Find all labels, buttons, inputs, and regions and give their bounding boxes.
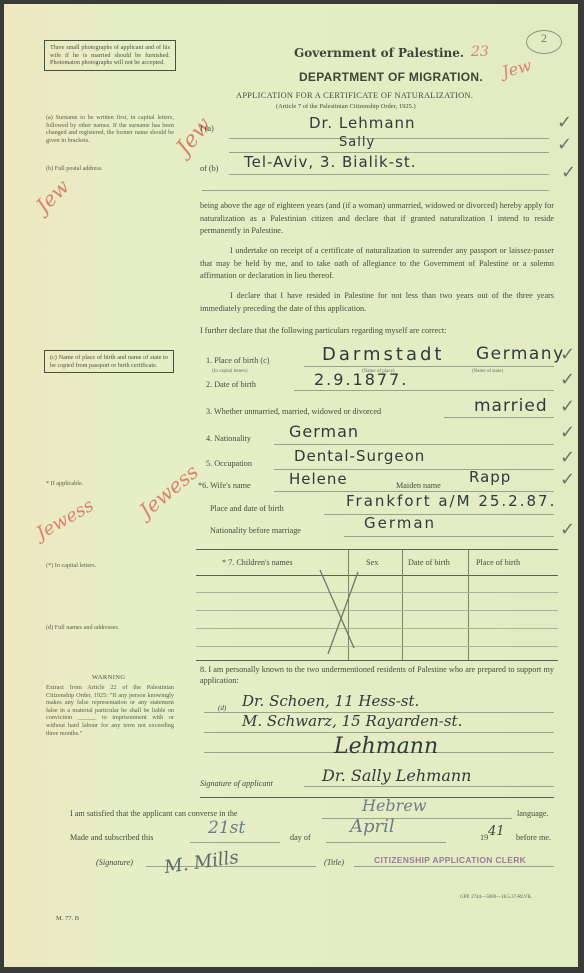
form-code: M. 77. B: [56, 915, 79, 922]
department-heading: DEPARTMENT OF MIGRATION.: [4, 70, 578, 84]
warning-text: Extract from Article 22 of the Palestini…: [46, 684, 174, 737]
wife-nationality-line: [344, 536, 554, 537]
red-annotation-jewess-2: Jewess: [33, 495, 98, 544]
surname-line: [229, 138, 549, 139]
nationality-field[interactable]: German: [289, 422, 359, 441]
check-mark-icon: ✓: [561, 162, 576, 183]
col-date-of-birth: Date of birth: [408, 558, 450, 567]
month-line: [326, 842, 446, 843]
title-label: (Title): [324, 858, 344, 867]
month-field[interactable]: April: [350, 816, 395, 837]
label-signature-applicant: Signature of applicant: [200, 779, 273, 788]
label-maiden-name: Maiden name: [396, 481, 441, 490]
check-mark-icon: ✓: [560, 396, 575, 417]
declaration-residence: I declare that I have resided in Palesti…: [200, 290, 554, 315]
check-mark-icon: ✓: [560, 344, 575, 365]
reference-2-line: [204, 732, 554, 733]
reference-1-field[interactable]: Dr. Schoen, 11 Hess-st.: [242, 692, 419, 710]
day-field[interactable]: 21st: [208, 818, 245, 838]
government-heading: Government of Palestine.: [294, 46, 464, 60]
year-prefix: 19: [480, 833, 488, 842]
state-of-birth-field[interactable]: Germany: [476, 344, 565, 364]
margin-note-capital-letters: (*) In capital letters.: [46, 562, 174, 570]
address-line: [229, 174, 549, 175]
day-line: [190, 842, 280, 843]
wife-name-field[interactable]: Helene: [289, 470, 348, 488]
made-prefix: Made and subscribed this: [70, 833, 153, 842]
place-of-birth-field[interactable]: Darmstadt: [322, 344, 444, 365]
address-line-2: [202, 190, 549, 191]
year-field[interactable]: 41: [488, 824, 505, 839]
given-name-field[interactable]: Sally: [339, 135, 375, 150]
check-mark-icon: ✓: [560, 447, 575, 468]
caption-name-of-state: (Name of state): [472, 369, 503, 374]
margin-note-a: (a) Surname to be written first, in capi…: [46, 114, 174, 144]
maiden-name-field[interactable]: Rapp: [469, 468, 511, 486]
cross-out-mark-icon: [314, 568, 364, 658]
caption-in-capital: (In capital letters): [212, 369, 248, 374]
check-mark-icon: ✓: [557, 134, 572, 155]
label-wife-nationality: Nationality before marriage: [210, 526, 301, 535]
warning-title: WARNING: [92, 674, 126, 681]
wife-nationality-field[interactable]: German: [364, 514, 436, 532]
photo-instructions-box: Three small photographs of applicant and…: [44, 40, 176, 71]
marital-status-field[interactable]: married: [474, 396, 548, 416]
check-mark-icon: ✓: [560, 469, 575, 490]
applicant-signature-field[interactable]: Dr. Sally Lehmann: [322, 766, 471, 785]
margin-note-c-box: (c) Name of place of birth and name of s…: [44, 350, 174, 373]
language-field[interactable]: Hebrew: [362, 796, 426, 815]
converse-suffix: language.: [517, 809, 549, 818]
children-table: * 7. Children's names Sex Date of birth …: [196, 549, 558, 661]
label-wife-name: *6. Wife's name: [198, 481, 251, 490]
annotation-circled: 2: [526, 30, 562, 54]
col-place-of-birth: Place of birth: [476, 558, 520, 567]
margin-note-d: (d) Full names and addresses.: [46, 624, 174, 632]
surname-field[interactable]: Dr. Lehmann: [309, 114, 416, 132]
day-of-label: day of: [290, 833, 311, 842]
label-occupation: 5. Occupation: [206, 459, 252, 468]
declaration-particulars: I further declare that the following par…: [200, 325, 554, 338]
label-i-a: I (a): [200, 124, 214, 133]
applicant-signature-upper: Lehmann: [334, 734, 438, 759]
marital-line: [444, 417, 554, 418]
wife-birth-line: [324, 514, 554, 515]
form-subtitle: (Article 7 of the Palestinian Citizenshi…: [276, 103, 416, 110]
official-signature-field[interactable]: M. Mills: [163, 847, 240, 878]
nationality-line: [274, 444, 554, 445]
converse-prefix: I am satisfied that the applicant can co…: [70, 809, 238, 818]
col-children-names: * 7. Children's names: [222, 558, 293, 567]
form-title: APPLICATION FOR A CERTIFICATE OF NATURAL…: [236, 91, 473, 100]
title-stamp: CITIZENSHIP APPLICATION CLERK: [374, 855, 526, 865]
red-annotation-jewess-1: Jewess: [134, 460, 203, 523]
label-nationality: 4. Nationality: [206, 434, 251, 443]
dob-field[interactable]: 2.9.1877.: [314, 370, 408, 389]
label-wife-birth: Place and date of birth: [210, 504, 284, 513]
signature-label: (Signature): [96, 858, 133, 867]
reference-2-field[interactable]: M. Schwarz, 15 Rayarden-st.: [242, 712, 462, 730]
red-annotation-jew-1: Jew: [172, 113, 217, 160]
declaration-age: being above the age of eighteen years (a…: [200, 200, 554, 238]
references-intro: 8. I am personally known to the two unde…: [200, 664, 554, 686]
naturalization-application-page: Three small photographs of applicant and…: [4, 4, 578, 967]
label-date-of-birth: 2. Date of birth: [206, 380, 256, 389]
title-line: [354, 866, 554, 867]
annotation-number: 23: [471, 44, 489, 60]
circled-number: 2: [541, 31, 547, 45]
check-mark-icon: ✓: [557, 112, 572, 133]
red-annotation-jew-2: Jew: [31, 174, 74, 217]
dob-line: [294, 390, 554, 391]
signature-line: [304, 786, 554, 787]
declaration-passport: I undertake on receipt of a certificate …: [200, 245, 554, 283]
label-d: (d): [218, 704, 226, 712]
occupation-field[interactable]: Dental-Surgeon: [294, 447, 425, 465]
label-of-b: of (b): [200, 164, 218, 173]
col-sex: Sex: [366, 558, 378, 567]
place-of-birth-line: [304, 366, 554, 367]
wife-birth-field[interactable]: Frankfort a/M 25.2.87.: [346, 492, 556, 510]
check-mark-icon: ✓: [560, 422, 575, 443]
printer-code: GPP. 2744—5000—18.5.37-RLVB.: [460, 895, 532, 900]
margin-note-b: (b) Full postal address.: [46, 165, 174, 173]
address-field[interactable]: Tel-Aviv, 3. Bialik-st.: [244, 153, 417, 171]
label-place-of-birth: 1. Place of birth (c): [206, 356, 269, 365]
check-mark-icon: ✓: [560, 519, 575, 540]
label-marital-status: 3. Whether unmarried, married, widowed o…: [206, 407, 381, 416]
before-me-label: before me.: [516, 833, 551, 842]
check-mark-icon: ✓: [560, 369, 575, 390]
